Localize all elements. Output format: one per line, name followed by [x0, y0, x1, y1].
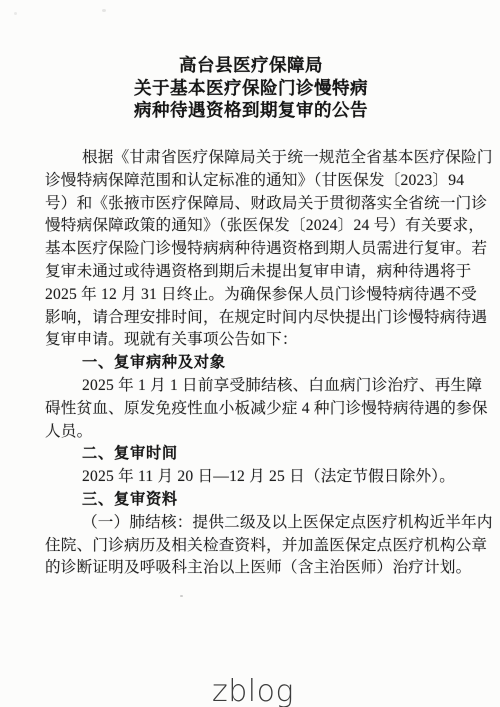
body-line: 碍性贫血、原发免疫性血小板减少症 4 种门诊慢特病待遇的参保 — [45, 398, 459, 421]
title-line-2: 关于基本医疗保险门诊慢特病 — [45, 77, 457, 100]
body-line: 基本医疗保险门诊慢特病病种待遇资格到期人员需进行复审。若 — [45, 238, 459, 261]
body-line: 住院、门诊病历及相关检查资料，并加盖医保定点医疗机构公章 — [45, 535, 459, 558]
scan-artifact — [180, 595, 183, 597]
body-line: 复审申请。现就有关事项公告如下： — [45, 329, 459, 352]
body-line: 2025 年 12 月 31 日终止。为确保参保人员门诊慢特病待遇不受 — [45, 284, 459, 307]
section-heading-3: 三、复审资料 — [45, 489, 459, 512]
title-line-1: 高台县医疗保障局 — [45, 54, 457, 77]
body-line: 的诊断证明及呼吸科主治以上医师（含主治医师）治疗计划。 — [45, 557, 459, 580]
scan-artifact — [14, 12, 17, 15]
body-line: 2025 年 1 月 1 日前享受肺结核、白血病门诊治疗、再生障 — [45, 375, 459, 398]
body-line: 影响，请合理安排时间，在规定时间内尽快提出门诊慢特病待遇 — [45, 307, 459, 330]
body-line: 号）和《张掖市医疗保障局、财政局关于贯彻落实全省统一门诊 — [45, 193, 459, 216]
body-line: 复审未通过或待遇资格到期后未提出复审申请，病种待遇将于 — [45, 261, 459, 284]
body-line: 2025 年 11 月 20 日—12 月 25 日（法定节假日除外）。 — [45, 466, 459, 489]
section-heading-1: 一、复审病种及对象 — [45, 352, 459, 375]
body-line: 慢特病保障政策的通知》（张医保发〔2024〕24 号）有关要求， — [45, 215, 459, 238]
body-line: （一）肺结核：提供二级及以上医保定点医疗机构近半年内 — [45, 512, 459, 535]
watermark-text: zblog — [212, 677, 294, 707]
document-body: 根据《甘肃省医疗保障局关于统一规范全省基本医疗保险门 诊慢特病保障范围和认定标准… — [45, 147, 459, 580]
body-line: 根据《甘肃省医疗保障局关于统一规范全省基本医疗保险门 — [45, 147, 459, 170]
scan-artifact — [102, 9, 106, 12]
section-heading-2: 二、复审时间 — [45, 443, 459, 466]
title-line-3: 病种待遇资格到期复审的公告 — [45, 99, 457, 122]
scanned-announcement-page: 高台县医疗保障局 关于基本医疗保险门诊慢特病 病种待遇资格到期复审的公告 根据《… — [0, 0, 500, 707]
document-title: 高台县医疗保障局 关于基本医疗保险门诊慢特病 病种待遇资格到期复审的公告 — [45, 54, 457, 122]
body-line: 人员。 — [45, 421, 459, 444]
body-line: 诊慢特病保障范围和认定标准的通知》（甘医保发〔2023〕94 — [45, 170, 459, 193]
